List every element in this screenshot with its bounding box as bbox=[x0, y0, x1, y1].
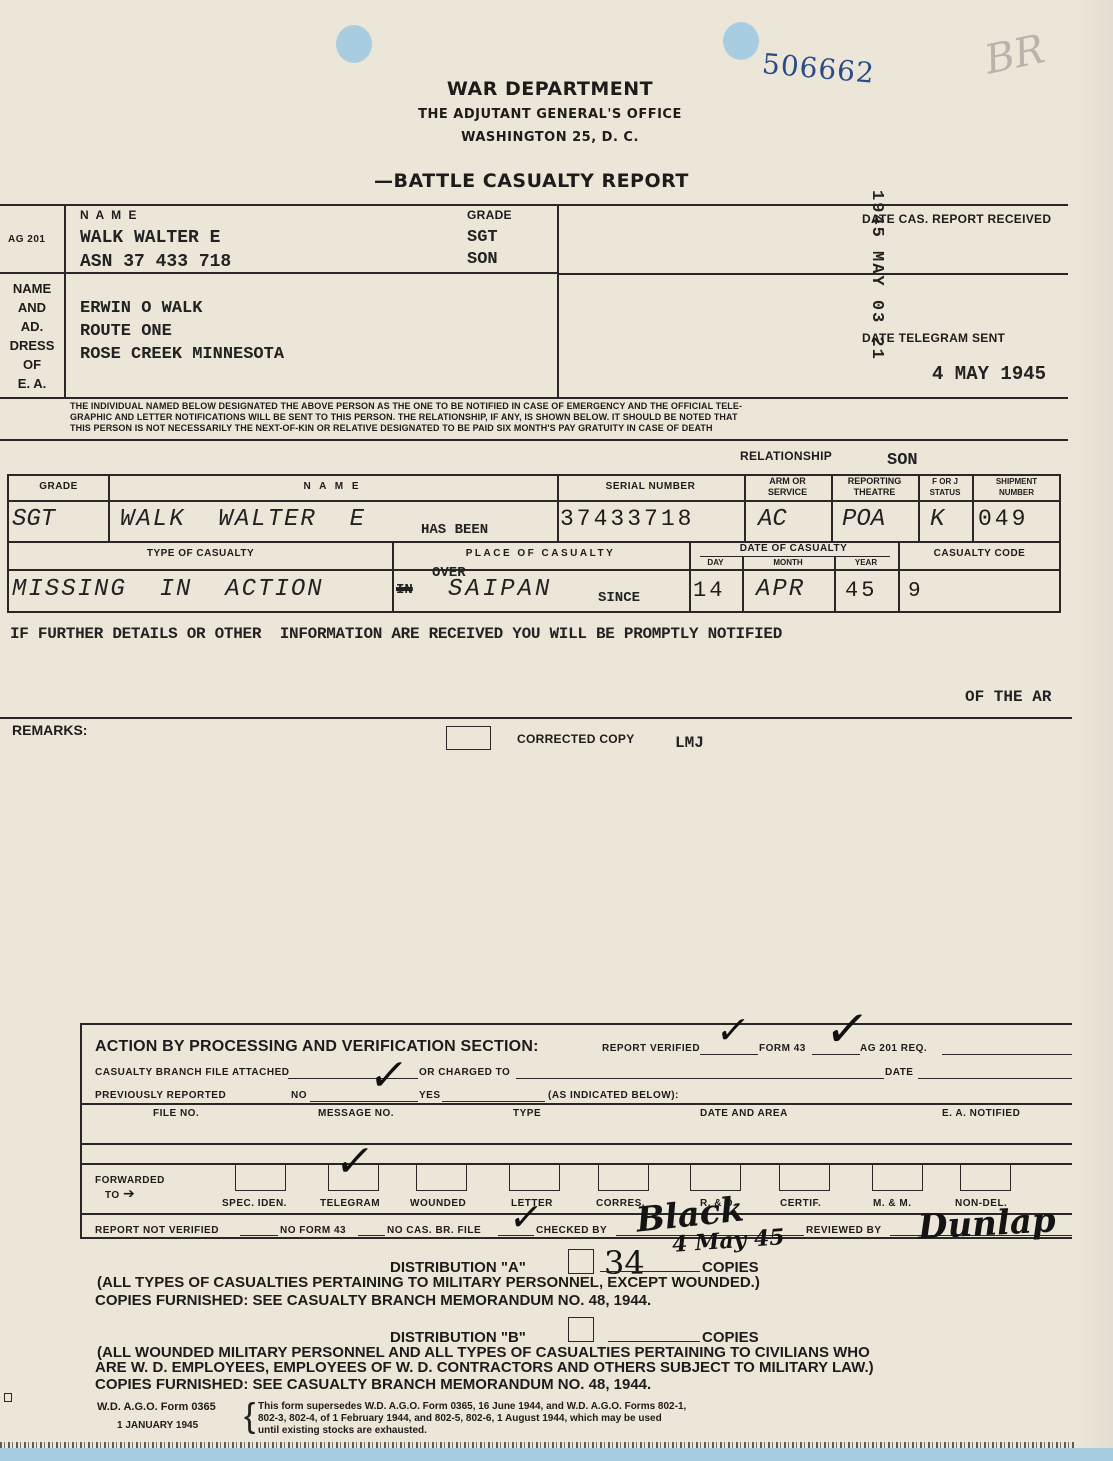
col-month: MONTH bbox=[742, 558, 834, 567]
form-id: W.D. A.G.O. Form 0365 bbox=[97, 1401, 216, 1413]
col-status: F OR JSTATUS bbox=[918, 476, 972, 498]
forward-box-r-and-d[interactable] bbox=[690, 1165, 741, 1191]
brace-icon: { bbox=[244, 1399, 255, 1433]
col-serial: SERIAL NUMBER bbox=[557, 481, 744, 492]
notice-text: THE INDIVIDUAL NAMED BELOW DESIGNATED TH… bbox=[70, 401, 1050, 434]
distribution-a-checkbox[interactable] bbox=[568, 1249, 594, 1274]
soldier-grade: SGT bbox=[467, 228, 498, 247]
col-code: CASUALTY CODE bbox=[898, 548, 1061, 559]
reviewed-by-signature: Dunlap bbox=[917, 1200, 1057, 1247]
not-verified-label: REPORT NOT VERIFIED bbox=[95, 1225, 219, 1236]
label-telegram: TELEGRAM bbox=[320, 1198, 380, 1209]
punch-hole-left bbox=[336, 25, 372, 63]
row-day: 14 bbox=[693, 578, 725, 603]
forward-box-certif[interactable] bbox=[779, 1165, 830, 1191]
department-title: WAR DEPARTMENT bbox=[380, 78, 720, 100]
forward-box-spec-iden[interactable] bbox=[235, 1165, 286, 1191]
ea-city: ROSE CREEK MINNESOTA bbox=[80, 345, 284, 364]
no-label: NO bbox=[291, 1090, 307, 1101]
label-spec-iden: SPEC. IDEN. bbox=[222, 1198, 287, 1209]
row-arm: AC bbox=[758, 506, 787, 533]
office-address: WASHINGTON 25, D. C. bbox=[380, 130, 720, 145]
grade-label: GRADE bbox=[467, 208, 512, 222]
label-m-and-m: M. & M. bbox=[873, 1198, 912, 1209]
col-grade: GRADE bbox=[9, 481, 108, 492]
report-verified-label: REPORT VERIFIED bbox=[602, 1043, 700, 1054]
col-message-no: MESSAGE NO. bbox=[318, 1108, 394, 1119]
col-name: N A M E bbox=[108, 481, 557, 492]
distribution-a-furnished: COPIES FURNISHED: SEE CASUALTY BRANCH ME… bbox=[95, 1292, 651, 1309]
background-strip bbox=[0, 1448, 1113, 1461]
label-wounded: WOUNDED bbox=[410, 1198, 466, 1209]
col-year: YEAR bbox=[834, 558, 898, 567]
distribution-a-desc: (ALL TYPES OF CASUALTIES PERTAINING TO M… bbox=[97, 1274, 760, 1291]
row-grade: SGT bbox=[12, 506, 55, 533]
col-type: TYPE OF CASUALTY bbox=[9, 548, 392, 559]
forward-box-non-del[interactable] bbox=[960, 1165, 1011, 1191]
row-theatre: POA bbox=[842, 506, 885, 533]
col-date: DATE OF CASUALTY bbox=[689, 543, 898, 554]
ea-street: ROUTE ONE bbox=[80, 322, 172, 341]
stamp-number: 506662 bbox=[761, 47, 876, 90]
checked-by-label: CHECKED BY bbox=[536, 1225, 607, 1236]
yes-label: YES bbox=[419, 1090, 441, 1101]
pencil-initials: BR bbox=[981, 26, 1049, 83]
date-telegram-value: 4 MAY 1945 bbox=[932, 363, 1046, 385]
row-place: SAIPAN bbox=[448, 576, 552, 603]
of-the-ar: OF THE AR bbox=[965, 688, 1051, 706]
file-attached-label: CASUALTY BRANCH FILE ATTACHED bbox=[95, 1067, 290, 1078]
corrected-copy-checkbox[interactable] bbox=[446, 726, 491, 750]
form-date: 1 JANUARY 1945 bbox=[117, 1420, 198, 1431]
corrected-copy-label: CORRECTED COPY bbox=[517, 732, 635, 746]
col-type-processing: TYPE bbox=[513, 1108, 541, 1119]
report-title: —BATTLE CASUALTY REPORT bbox=[374, 170, 689, 192]
date-received-label: DATE CAS. REPORT RECEIVED bbox=[862, 212, 1068, 226]
row-type: MISSING IN ACTION bbox=[12, 576, 324, 603]
reviewed-by-label: REVIEWED BY bbox=[806, 1225, 882, 1236]
since-label: SINCE bbox=[598, 590, 640, 606]
row-serial: 37433718 bbox=[560, 506, 694, 532]
processing-title: ACTION BY PROCESSING AND VERIFICATION SE… bbox=[95, 1038, 539, 1056]
no-cas-file-label: NO CAS. BR. FILE bbox=[387, 1225, 481, 1236]
ag-201-req-label: AG 201 REQ. bbox=[860, 1043, 927, 1054]
as-indicated-label: (AS INDICATED BELOW): bbox=[548, 1090, 679, 1101]
relationship-value: SON bbox=[887, 451, 918, 470]
date-telegram-label: DATE TELEGRAM SENT bbox=[862, 331, 1005, 345]
name-label: N A M E bbox=[80, 208, 138, 222]
struck-in: IN bbox=[396, 582, 413, 598]
date-label: DATE bbox=[885, 1067, 913, 1078]
office-title: THE ADJUTANT GENERAL'S OFFICE bbox=[380, 107, 720, 122]
col-date-area: DATE AND AREA bbox=[700, 1108, 788, 1119]
forward-box-m-and-m[interactable] bbox=[872, 1165, 923, 1191]
row-month: APR bbox=[756, 576, 805, 603]
arrow-right-icon: ➔ bbox=[123, 1185, 135, 1201]
row-name: WALK WALTER E bbox=[120, 506, 366, 533]
ag-201-label: AG 201 bbox=[8, 234, 45, 245]
col-place: PLACE OF CASUALTY bbox=[392, 548, 689, 559]
soldier-asn: ASN 37 433 718 bbox=[80, 252, 231, 272]
remarks-label: REMARKS: bbox=[12, 722, 87, 738]
charged-to-label: OR CHARGED TO bbox=[419, 1067, 510, 1078]
col-day: DAY bbox=[689, 558, 742, 567]
no-form-43-label: NO FORM 43 bbox=[280, 1225, 346, 1236]
remarks-initials: LMJ bbox=[675, 734, 704, 752]
forward-box-letter[interactable] bbox=[509, 1165, 560, 1191]
forward-box-wounded[interactable] bbox=[416, 1165, 467, 1191]
col-theatre: REPORTINGTHEATRE bbox=[831, 476, 918, 498]
col-ea-notified: E. A. NOTIFIED bbox=[942, 1108, 1020, 1119]
label-certif: CERTIF. bbox=[780, 1198, 821, 1209]
soldier-name: WALK WALTER E bbox=[80, 228, 220, 248]
col-shipment: SHIPMENTNUMBER bbox=[972, 476, 1061, 498]
col-arm: ARM ORSERVICE bbox=[744, 476, 831, 498]
distribution-b-checkbox[interactable] bbox=[568, 1317, 594, 1342]
ea-address-label: NAME AND AD. DRESS OF E. A. bbox=[0, 279, 64, 393]
forwarded-to-label: FORWARDED TO ➔ bbox=[95, 1175, 165, 1202]
relation-top: SON bbox=[467, 250, 498, 269]
further-details: IF FURTHER DETAILS OR OTHER INFORMATION … bbox=[10, 625, 782, 643]
relationship-label: RELATIONSHIP bbox=[740, 449, 832, 463]
forward-box-corres[interactable] bbox=[598, 1165, 649, 1191]
punch-hole-right bbox=[723, 22, 759, 60]
paper-edge-right bbox=[1080, 0, 1113, 1448]
margin-square-mark bbox=[4, 1393, 12, 1402]
row-code: 9 bbox=[908, 580, 921, 603]
previously-reported-label: PREVIOUSLY REPORTED bbox=[95, 1090, 226, 1101]
form-43-label: FORM 43 bbox=[759, 1043, 806, 1054]
distribution-b-furnished: COPIES FURNISHED: SEE CASUALTY BRANCH ME… bbox=[95, 1376, 651, 1393]
supersedes-note: This form supersedes W.D. A.G.O. Form 03… bbox=[258, 1401, 686, 1437]
row-year: 45 bbox=[845, 578, 877, 603]
row-status: K bbox=[930, 506, 944, 533]
has-been: HAS BEEN bbox=[421, 522, 488, 538]
row-shipment: 049 bbox=[978, 506, 1028, 532]
ea-name: ERWIN O WALK bbox=[80, 299, 202, 318]
col-file-no: FILE NO. bbox=[153, 1108, 199, 1119]
distribution-b-desc-2: ARE W. D. EMPLOYEES, EMPLOYEES OF W. D. … bbox=[95, 1359, 874, 1376]
